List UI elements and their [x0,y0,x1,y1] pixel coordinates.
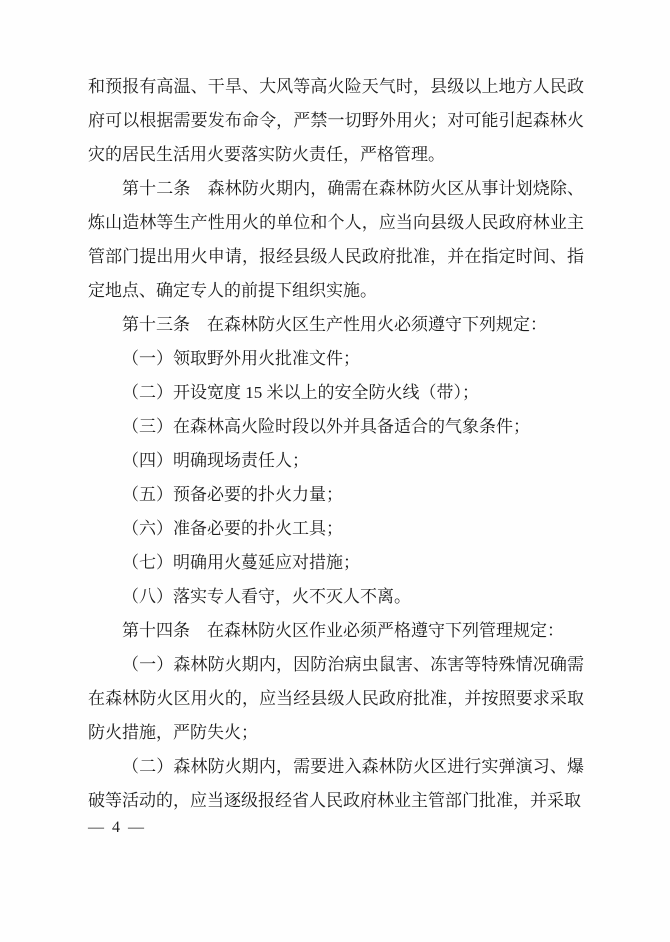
paragraph: （二）森林防火期内，需要进入森林防火区进行实弹演习、爆破等活动的，应当逐级报经省… [88,750,584,818]
paragraph: 和预报有高温、干旱、大风等高火险天气时，县级以上地方人民政府可以根据需要发布命令… [88,70,584,172]
paragraph: （六）准备必要的扑火工具； [88,512,584,546]
paragraph: （一）领取野外用火批准文件； [88,342,584,376]
paragraph: （二）开设宽度 15 米以上的安全防火线（带）； [88,376,584,410]
paragraph: （五）预备必要的扑火力量； [88,478,584,512]
document-text-block: 和预报有高温、干旱、大风等高火险天气时，县级以上地方人民政府可以根据需要发布命令… [88,70,584,838]
page-number: — 4 — [88,818,584,838]
document-page: 和预报有高温、干旱、大风等高火险天气时，县级以上地方人民政府可以根据需要发布命令… [0,0,670,942]
paragraph: 第十三条 在森林防火区生产性用火必须遵守下列规定： [88,308,584,342]
paragraph: 第十二条 森林防火期内，确需在森林防火区从事计划烧除、炼山造林等生产性用火的单位… [88,172,584,308]
paragraph: （七）明确用火蔓延应对措施； [88,546,584,580]
paragraph: （八）落实专人看守，火不灭人不离。 [88,580,584,614]
paragraph: 第十四条 在森林防火区作业必须严格遵守下列管理规定： [88,614,584,648]
paragraph: （一）森林防火期内，因防治病虫鼠害、冻害等特殊情况确需在森林防火区用火的，应当经… [88,648,584,750]
paragraph: （四）明确现场责任人； [88,444,584,478]
paragraph: （三）在森林高火险时段以外并具备适合的气象条件； [88,410,584,444]
